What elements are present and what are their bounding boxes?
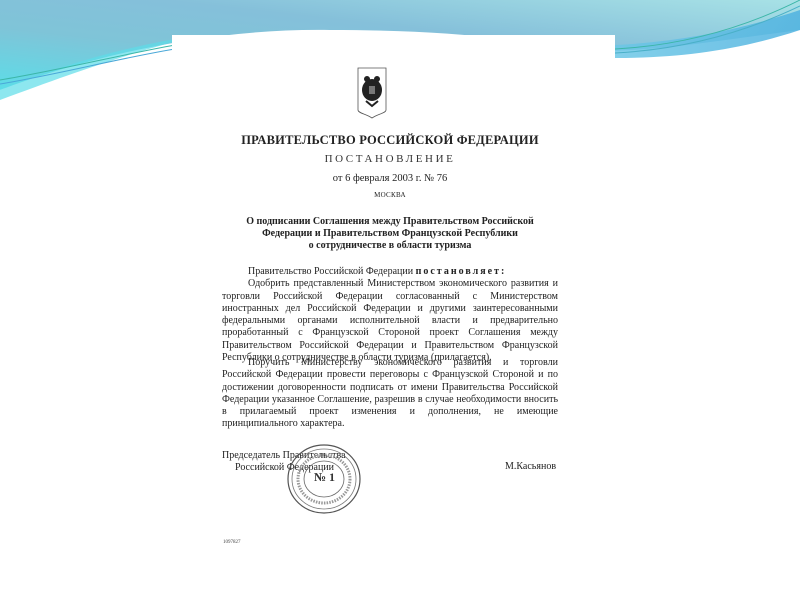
decree-body-part-2: Поручить Министерству экономического раз… xyxy=(222,357,558,431)
decree-body-part-1: Правительство Российской Федерации поста… xyxy=(222,266,558,364)
coat-of-arms-icon xyxy=(356,66,388,119)
decree-word: постановляет: xyxy=(416,266,507,277)
subject-line: о сотрудничестве в области туризма xyxy=(220,240,560,252)
document-date-number: от 6 февраля 2003 г. № 76 xyxy=(220,173,560,184)
paragraph-1: Одобрить представленный Министерством эк… xyxy=(222,278,558,364)
signatory-name: М.Касьянов xyxy=(505,461,556,472)
subject-line: О подписании Соглашения между Правительс… xyxy=(220,216,560,228)
paragraph-2: Поручить Министерству экономического раз… xyxy=(222,357,558,431)
subject-line: Федерации и Правительством Французской Р… xyxy=(220,228,560,240)
seal-number: № 1 xyxy=(314,470,335,485)
document-code: 1097827 xyxy=(223,540,241,545)
preamble: Правительство Российской Федерации поста… xyxy=(222,266,558,278)
document-subject: О подписании Соглашения между Правительс… xyxy=(220,216,560,252)
document-type: ПОСТАНОВЛЕНИЕ xyxy=(220,153,560,165)
organization-heading: ПРАВИТЕЛЬСТВО РОССИЙСКОЙ ФЕДЕРАЦИИ xyxy=(220,133,560,148)
document-city: МОСКВА xyxy=(220,191,560,199)
